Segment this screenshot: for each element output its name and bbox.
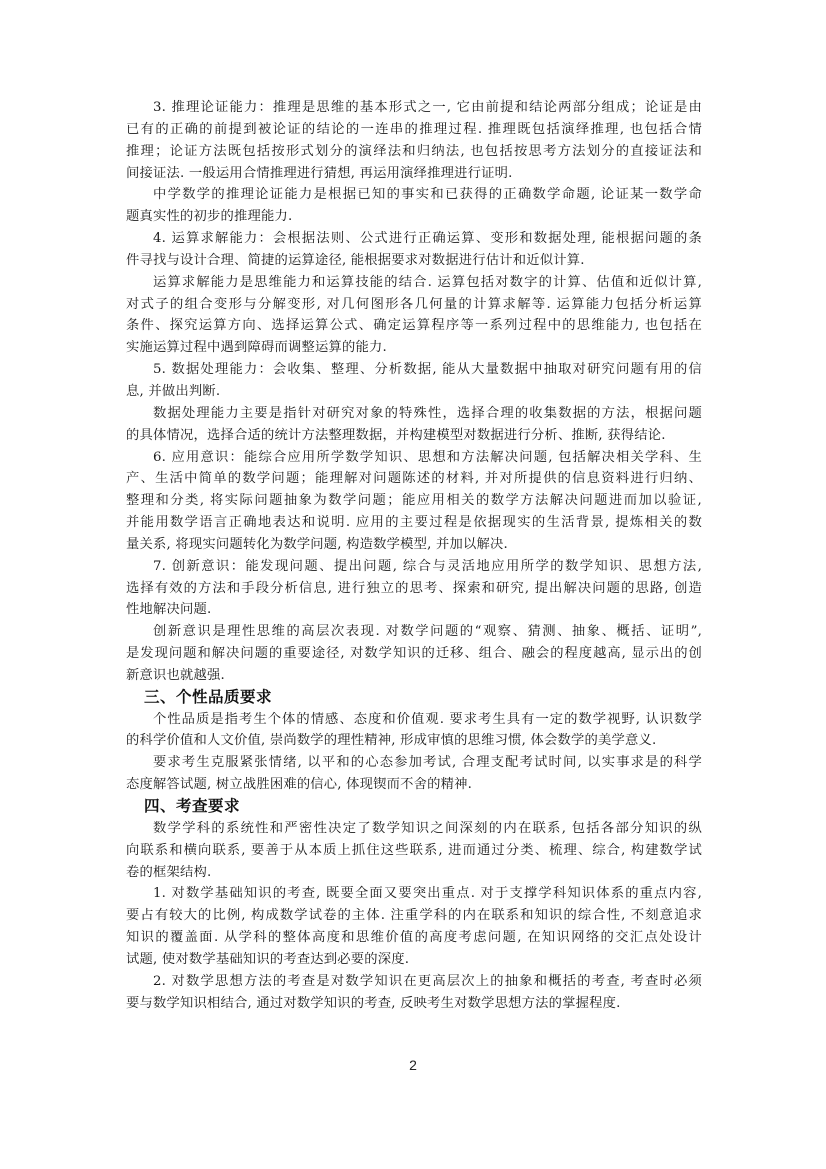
text-line: 息, 并做出判断. <box>126 381 702 403</box>
paragraph: 1. 对数学基础知识的考查, 既要全面又要突出重点. 对于支撑学科知识体系的重点… <box>126 883 702 970</box>
text-line: 向联系和横向联系, 要善于从本质上抓住这些联系, 进而通过分类、梳理、综合, 构… <box>126 840 702 862</box>
paragraph: 3. 推理论证能力：推理是思维的基本形式之一, 它由前提和结论两部分组成；论证是… <box>126 97 702 184</box>
section-heading: 四、考查要求 <box>126 796 702 818</box>
text-line: 1. 对数学基础知识的考查, 既要全面又要突出重点. 对于支撑学科知识体系的重点… <box>126 883 702 905</box>
text-line: 并能用数学语言正确地表达和说明. 应用的主要过程是依据现实的生活背景, 提炼相关… <box>126 512 702 534</box>
document-body: 3. 推理论证能力：推理是思维的基本形式之一, 它由前提和结论两部分组成；论证是… <box>126 97 702 1014</box>
text-line: 是发现问题和解决问题的重要途径, 对数学知识的迁移、组合、融会的程度越高, 显示… <box>126 643 702 665</box>
paragraph: 中学数学的推理论证能力是根据已知的事实和已获得的正确数学命题, 论证某一数学命题… <box>126 184 702 228</box>
text-line: 2. 对数学思想方法的考查是对数学知识在更高层次上的抽象和概括的考查, 考查时必… <box>126 971 702 993</box>
text-line: 的具体情况，选择合适的统计方法整理数据，并构建模型对数据进行分析、推断, 获得结… <box>126 425 702 447</box>
text-line: 对式子的组合变形与分解变形, 对几何图形各几何量的计算求解等. 运算能力包括分析… <box>126 294 702 316</box>
text-line: 产、生活中简单的数学问题；能理解对问题陈述的材料, 并对所提供的信息资料进行归纳… <box>126 468 702 490</box>
text-line: 性地解决问题. <box>126 599 702 621</box>
text-line: 7. 创新意识：能发现问题、提出问题, 综合与灵活地应用所学的数学知识、思想方法… <box>126 556 702 578</box>
text-line: 态度解答试题, 树立战胜困难的信心, 体现锲而不舍的精神. <box>126 774 702 796</box>
text-line: 5. 数据处理能力：会收集、整理、分析数据, 能从大量数据中抽取对研究问题有用的… <box>126 359 702 381</box>
text-line: 要求考生克服紧张情绪, 以平和的心态参加考试, 合理支配考试时间, 以实事求是的… <box>126 752 702 774</box>
text-line: 3. 推理论证能力：推理是思维的基本形式之一, 它由前提和结论两部分组成；论证是… <box>126 97 702 119</box>
text-line: 卷的框架结构. <box>126 862 702 884</box>
paragraph: 数学学科的系统性和严密性决定了数学知识之间深刻的内在联系, 包括各部分知识的纵向… <box>126 818 702 884</box>
text-line: 题真实性的初步的推理能力. <box>126 206 702 228</box>
text-line: 选择有效的方法和手段分析信息, 进行独立的思考、探索和研究, 提出解决问题的思路… <box>126 578 702 600</box>
text-line: 个性品质是指考生个体的情感、态度和价值观. 要求考生具有一定的数学视野, 认识数… <box>126 709 702 731</box>
text-line: 整理和分类, 将实际问题抽象为数学问题；能应用相关的数学方法解决问题进而加以验证… <box>126 490 702 512</box>
text-line: 中学数学的推理论证能力是根据已知的事实和已获得的正确数学命题, 论证某一数学命 <box>126 184 702 206</box>
paragraph: 创新意识是理性思维的高层次表现. 对数学问题的“观察、猜测、抽象、概括、证明”,… <box>126 621 702 687</box>
text-line: 量关系, 将现实问题转化为数学问题, 构造数学模型, 并加以解决. <box>126 534 702 556</box>
paragraph: 5. 数据处理能力：会收集、整理、分析数据, 能从大量数据中抽取对研究问题有用的… <box>126 359 702 403</box>
document-page: 3. 推理论证能力：推理是思维的基本形式之一, 它由前提和结论两部分组成；论证是… <box>0 0 826 1169</box>
text-line: 知识的覆盖面. 从学科的整体高度和思维价值的高度考虑问题, 在知识网络的交汇点处… <box>126 927 702 949</box>
paragraph: 7. 创新意识：能发现问题、提出问题, 综合与灵活地应用所学的数学知识、思想方法… <box>126 556 702 622</box>
text-line: 要与数学知识相结合, 通过对数学知识的考查, 反映考生对数学思想方法的掌握程度. <box>126 993 702 1015</box>
text-line: 运算求解能力是思维能力和运算技能的结合. 运算包括对数字的计算、估值和近似计算, <box>126 272 702 294</box>
page-number: 2 <box>0 1057 826 1073</box>
paragraph: 要求考生克服紧张情绪, 以平和的心态参加考试, 合理支配考试时间, 以实事求是的… <box>126 752 702 796</box>
text-line: 试题, 使对数学基础知识的考查达到必要的深度. <box>126 949 702 971</box>
text-line: 4. 运算求解能力：会根据法则、公式进行正确运算、变形和数据处理, 能根据问题的… <box>126 228 702 250</box>
text-line: 要占有较大的比例, 构成数学试卷的主体. 注重学科的内在联系和知识的综合性, 不… <box>126 905 702 927</box>
paragraph: 6. 应用意识：能综合应用所学数学知识、思想和方法解决问题, 包括解决相关学科、… <box>126 447 702 556</box>
text-line: 实施运算过程中遇到障碍而调整运算的能力. <box>126 337 702 359</box>
paragraph: 4. 运算求解能力：会根据法则、公式进行正确运算、变形和数据处理, 能根据问题的… <box>126 228 702 272</box>
text-line: 创新意识是理性思维的高层次表现. 对数学问题的“观察、猜测、抽象、概括、证明”, <box>126 621 702 643</box>
paragraph: 个性品质是指考生个体的情感、态度和价值观. 要求考生具有一定的数学视野, 认识数… <box>126 709 702 753</box>
text-line: 新意识也就越强. <box>126 665 702 687</box>
text-line: 条件、探究运算方向、选择运算公式、确定运算程序等一系列过程中的思维能力, 也包括… <box>126 315 702 337</box>
paragraph: 数据处理能力主要是指针对研究对象的特殊性，选择合理的收集数据的方法，根据问题的具… <box>126 403 702 447</box>
section-heading: 三、个性品质要求 <box>126 687 702 709</box>
text-line: 6. 应用意识：能综合应用所学数学知识、思想和方法解决问题, 包括解决相关学科、… <box>126 447 702 469</box>
paragraph: 2. 对数学思想方法的考查是对数学知识在更高层次上的抽象和概括的考查, 考查时必… <box>126 971 702 1015</box>
text-line: 的科学价值和人文价值, 崇尚数学的理性精神, 形成审慎的思维习惯, 体会数学的美… <box>126 730 702 752</box>
text-line: 间接证法. 一般运用合情推理进行猜想, 再运用演绎推理进行证明. <box>126 163 702 185</box>
text-line: 数据处理能力主要是指针对研究对象的特殊性，选择合理的收集数据的方法，根据问题 <box>126 403 702 425</box>
text-line: 件寻找与设计合理、简捷的运算途径, 能根据要求对数据进行估计和近似计算. <box>126 250 702 272</box>
text-line: 已有的正确的前提到被论证的结论的一连串的推理过程. 推理既包括演绎推理, 也包括… <box>126 119 702 141</box>
text-line: 推理；论证方法既包括按形式划分的演绎法和归纳法, 也包括按思考方法划分的直接证法… <box>126 141 702 163</box>
text-line: 数学学科的系统性和严密性决定了数学知识之间深刻的内在联系, 包括各部分知识的纵 <box>126 818 702 840</box>
paragraph: 运算求解能力是思维能力和运算技能的结合. 运算包括对数字的计算、估值和近似计算,… <box>126 272 702 359</box>
